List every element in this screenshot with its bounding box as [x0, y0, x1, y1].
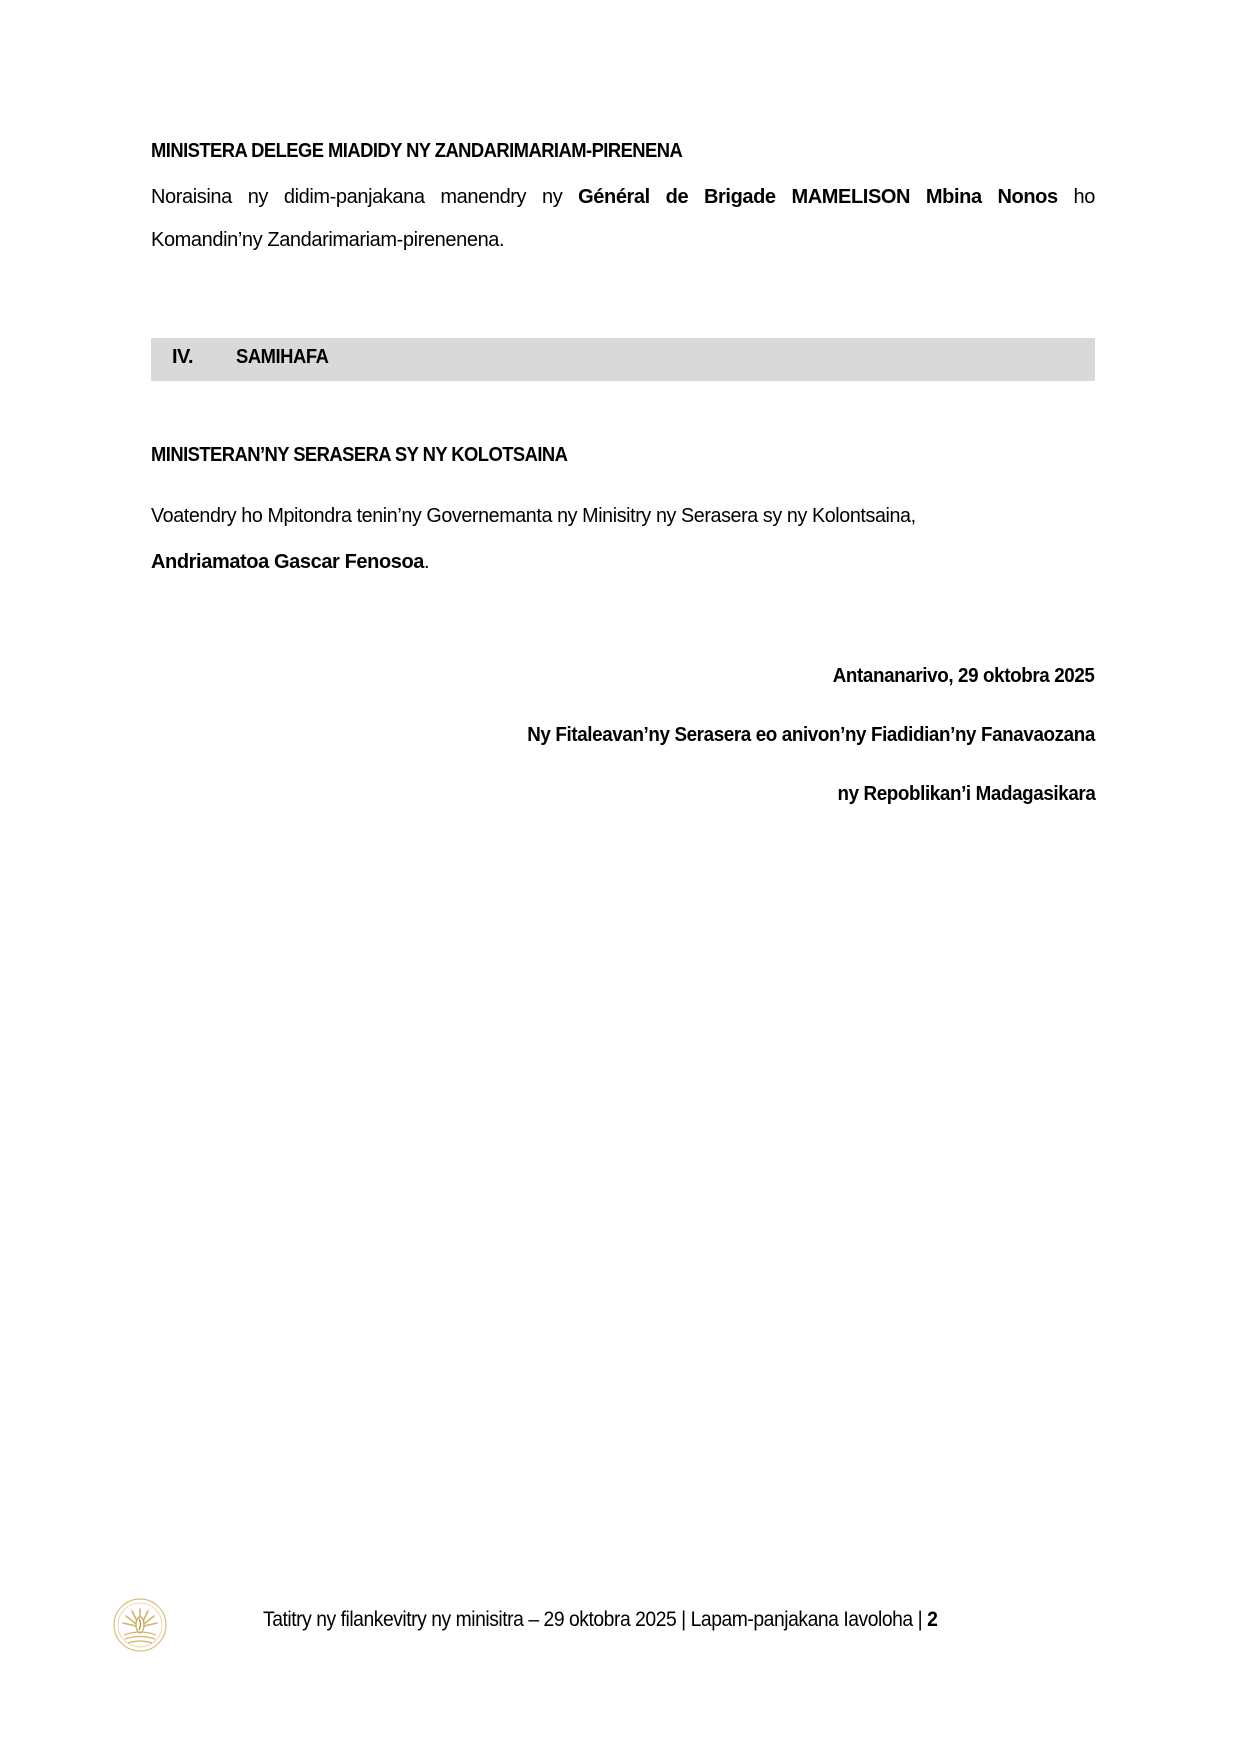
- footer-text: Tatitry ny filankevitry ny minisitra – 2…: [263, 1608, 927, 1631]
- paragraph-communication-line-1: Voatendry ho Mpitondra tenin’ny Governem…: [151, 505, 1081, 528]
- bold-name-word: Général: [578, 186, 650, 209]
- section-heading-communication-ministry: MINISTERAN’NY SERASERA SY NY KOLOTSAINA: [151, 444, 567, 467]
- bold-name-word: Brigade: [704, 186, 776, 209]
- word: ny: [542, 186, 562, 209]
- section-title: SAMIHAFA: [236, 346, 328, 369]
- signature-place-date: Antananarivo, 29 oktobra 2025: [833, 665, 1095, 688]
- word: ho: [1074, 186, 1095, 209]
- word: manendry: [440, 186, 526, 209]
- bold-name-word: Nonos: [998, 186, 1058, 209]
- paragraph-delegate-line-2: Komandin’ny Zandarimariam-pirenenena.: [151, 229, 1095, 252]
- bold-name-word: MAMELISON: [791, 186, 910, 209]
- paragraph-delegate-line-1: Noraisinanydidim-panjakanamanendrynyGéné…: [151, 186, 1095, 209]
- signature-signatory-line-1: Ny Fitaleavan’ny Serasera eo anivon’ny F…: [527, 724, 1095, 747]
- paragraph-communication-line-2: Andriamatoa Gascar Fenosoa.: [151, 551, 1095, 574]
- signature-signatory-line-2: ny Repoblikan’i Madagasikara: [837, 783, 1095, 806]
- section-number: IV.: [172, 346, 193, 369]
- page-footer: Tatitry ny filankevitry ny minisitra – 2…: [263, 1608, 937, 1632]
- madagascar-presidency-seal-icon: [112, 1597, 168, 1653]
- page-number: 2: [927, 1608, 937, 1631]
- word: Noraisina: [151, 186, 232, 209]
- appointee-name: Andriamatoa Gascar Fenosoa: [151, 551, 424, 573]
- section-heading-delegate-minister: MINISTERA DELEGE MIADIDY NY ZANDARIMARIA…: [151, 140, 682, 163]
- word: didim-panjakana: [284, 186, 425, 209]
- bold-name-word: Mbina: [926, 186, 982, 209]
- bold-name-word: de: [666, 186, 689, 209]
- word: ny: [248, 186, 268, 209]
- sentence-end: .: [424, 551, 429, 573]
